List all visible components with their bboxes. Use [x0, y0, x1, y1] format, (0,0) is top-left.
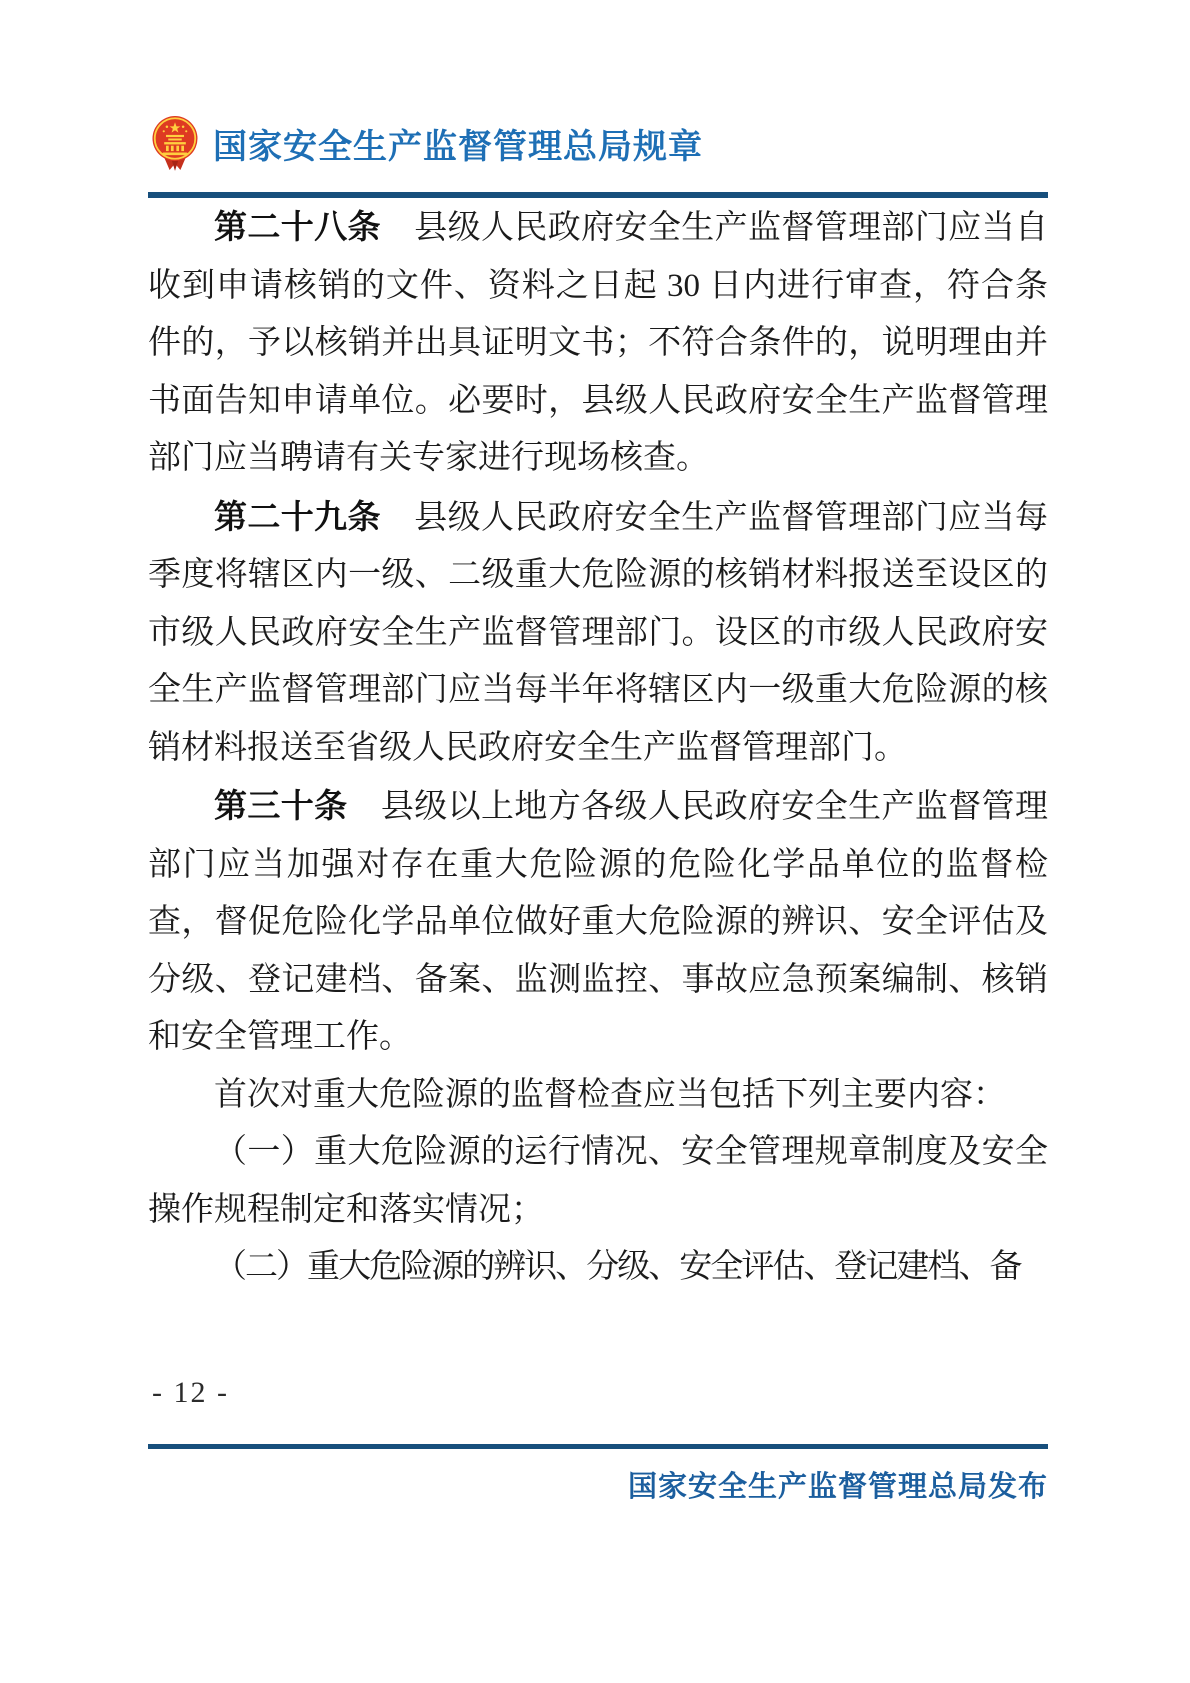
- body-paragraph: （一）重大危险源的运行情况、安全管理规章制度及安全操作规程制定和落实情况；: [148, 1124, 1048, 1239]
- page-number: - 12 -: [152, 1376, 229, 1410]
- document-header: 国家安全生产监督管理总局规章: [148, 114, 703, 172]
- article-number: 第三十条: [214, 787, 348, 824]
- article-paragraph: 第三十条 县级以上地方各级人民政府安全生产监督管理部门应当加强对存在重大危险源的…: [148, 777, 1048, 1067]
- body-paragraph: （二）重大危险源的辨识、分级、安全评估、登记建档、备: [148, 1239, 1048, 1297]
- footer-publisher: 国家安全生产监督管理总局发布: [148, 1464, 1048, 1505]
- document-page: 国家安全生产监督管理总局规章 第二十八条 县级人民政府安全生产监督管理部门应当自…: [0, 0, 1190, 1683]
- footer-divider: [148, 1444, 1048, 1449]
- article-number: 第二十九条: [214, 498, 381, 535]
- national-emblem-icon: [148, 114, 202, 172]
- header-title: 国家安全生产监督管理总局规章: [213, 119, 703, 168]
- article-paragraph: 第二十八条 县级人民政府安全生产监督管理部门应当自收到申请核销的文件、资料之日起…: [148, 198, 1048, 488]
- document-body: 第二十八条 县级人民政府安全生产监督管理部门应当自收到申请核销的文件、资料之日起…: [148, 198, 1048, 1297]
- article-number: 第二十八条: [214, 208, 381, 245]
- article-paragraph: 第二十九条 县级人民政府安全生产监督管理部门应当每季度将辖区内一级、二级重大危险…: [148, 488, 1048, 778]
- body-paragraph: 首次对重大危险源的监督检查应当包括下列主要内容：: [148, 1067, 1048, 1125]
